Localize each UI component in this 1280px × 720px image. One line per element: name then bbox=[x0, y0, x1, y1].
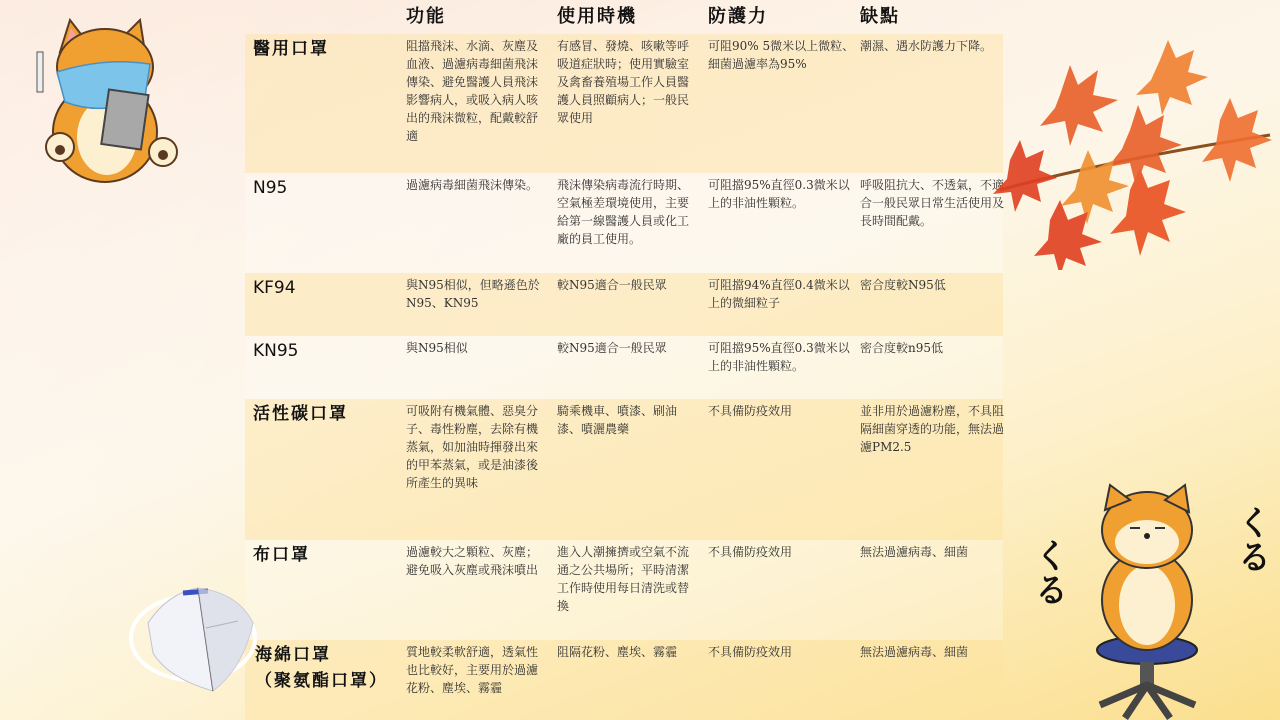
cell-protection: 不具備防疫效用 bbox=[708, 643, 858, 661]
cell-protection: 可阻90% 5微米以上微粒、細菌過濾率為95% bbox=[708, 37, 858, 73]
table-row-n95: N95 過濾病毒細菌飛沫傳染。 飛沫傳染病毒流行時期、空氣極差環境使用，主要給第… bbox=[245, 173, 1003, 273]
row-name: 布口罩 bbox=[253, 542, 310, 568]
cell-protection: 可阻擋95%直徑0.3微米以上的非油性顆粒。 bbox=[708, 339, 858, 375]
header-protection: 防護力 bbox=[708, 2, 768, 28]
cell-drawback: 無法過濾病毒、細菌 bbox=[860, 643, 1005, 661]
cell-function: 阻擋飛沫、水滴、灰塵及血液、過濾病毒細菌飛沫傳染、避免醫護人員飛沫影響病人，或吸… bbox=[406, 37, 546, 145]
row-name: N95 bbox=[253, 175, 287, 201]
cell-drawback: 密合度較n95低 bbox=[860, 339, 1005, 357]
cell-protection: 可阻擋94%直徑0.4微米以上的微細粒子 bbox=[708, 276, 858, 312]
cell-function: 與N95相似 bbox=[406, 339, 546, 357]
cell-protection: 不具備防疫效用 bbox=[708, 543, 858, 561]
cell-drawback: 密合度較N95低 bbox=[860, 276, 1005, 294]
maple-branch-illustration bbox=[990, 40, 1280, 270]
table-row-kf94: KF94 與N95相似，但略遜色於N95、KN95 較N95適合一般民眾 可阻擋… bbox=[245, 273, 1003, 336]
kuru-text-left: くる bbox=[1030, 538, 1066, 606]
cell-function: 與N95相似，但略遜色於N95、KN95 bbox=[406, 276, 546, 312]
table-row-cloth-mask: 布口罩 過濾較大之顆粒、灰塵；避免吸入灰塵或飛沫噴出 進入人潮擁擠或空氣不流通之… bbox=[245, 540, 1003, 640]
cell-usage: 較N95適合一般民眾 bbox=[557, 339, 697, 357]
cell-function: 過濾病毒細菌飛沫傳染。 bbox=[406, 176, 546, 194]
cell-usage: 有感冒、發燒、咳嗽等呼吸道症狀時；使用實驗室及禽畜養殖場工作人員醫護人員照顧病人… bbox=[557, 37, 697, 127]
cell-function: 質地較柔軟舒適，透氣性也比較好，主要用於過濾花粉、塵埃、霧霾 bbox=[406, 643, 546, 697]
n95-mask-illustration bbox=[128, 583, 263, 693]
table-header: 功能 使用時機 防護力 缺點 bbox=[245, 0, 1003, 34]
cell-drawback: 潮濕、遇水防護力下降。 bbox=[860, 37, 1005, 55]
cell-usage: 阻隔花粉、塵埃、霧霾 bbox=[557, 643, 697, 661]
cell-drawback: 並非用於過濾粉塵，不具阻隔細菌穿透的功能，無法過濾PM2.5 bbox=[860, 402, 1005, 456]
table-row-medical-mask: 醫用口罩 阻擋飛沫、水滴、灰塵及血液、過濾病毒細菌飛沫傳染、避免醫護人員飛沫影響… bbox=[245, 34, 1003, 173]
shiba-doctor-illustration bbox=[25, 12, 185, 187]
row-name: 醫用口罩 bbox=[253, 36, 329, 62]
row-name: KF94 bbox=[253, 275, 296, 301]
header-drawback: 缺點 bbox=[860, 2, 900, 28]
cell-usage: 騎乘機車、噴漆、刷油漆、噴灑農藥 bbox=[557, 402, 697, 438]
row-name: 活性碳口罩 bbox=[253, 401, 348, 427]
header-function: 功能 bbox=[406, 2, 446, 28]
cell-protection: 可阻擋95%直徑0.3微米以上的非油性顆粒。 bbox=[708, 176, 858, 212]
cell-protection: 不具備防疫效用 bbox=[708, 402, 858, 420]
table-row-sponge-mask: 海綿口罩 （聚氨酯口罩） 質地較柔軟舒適，透氣性也比較好，主要用於過濾花粉、塵埃… bbox=[245, 640, 1003, 720]
shiba-chair-illustration bbox=[1085, 480, 1210, 720]
row-name: KN95 bbox=[253, 338, 299, 364]
table-row-activated-carbon: 活性碳口罩 可吸附有機氣體、惡臭分子、毒性粉塵，去除有機蒸氣，如加油時揮發出來的… bbox=[245, 399, 1003, 540]
cell-usage: 飛沫傳染病毒流行時期、空氣極差環境使用，主要給第一線醫護人員或化工廠的員工使用。 bbox=[557, 176, 697, 248]
header-usage: 使用時機 bbox=[557, 2, 637, 28]
cell-drawback: 呼吸阻抗大、不透氣，不適合一般民眾日常生活使用及長時間配戴。 bbox=[860, 176, 1005, 230]
cell-function: 過濾較大之顆粒、灰塵；避免吸入灰塵或飛沫噴出 bbox=[406, 543, 546, 579]
row-name: 海綿口罩 （聚氨酯口罩） bbox=[255, 642, 388, 694]
cell-function: 可吸附有機氣體、惡臭分子、毒性粉塵，去除有機蒸氣，如加油時揮發出來的甲苯蒸氣，或… bbox=[406, 402, 546, 492]
cell-drawback: 無法過濾病毒、細菌 bbox=[860, 543, 1005, 561]
kuru-text-right: くる bbox=[1233, 505, 1269, 573]
cell-usage: 較N95適合一般民眾 bbox=[557, 276, 697, 294]
cell-usage: 進入人潮擁擠或空氣不流通之公共場所；平時清潔工作時使用每日清洗或替換 bbox=[557, 543, 697, 615]
table-row-kn95: KN95 與N95相似 較N95適合一般民眾 可阻擋95%直徑0.3微米以上的非… bbox=[245, 336, 1003, 399]
